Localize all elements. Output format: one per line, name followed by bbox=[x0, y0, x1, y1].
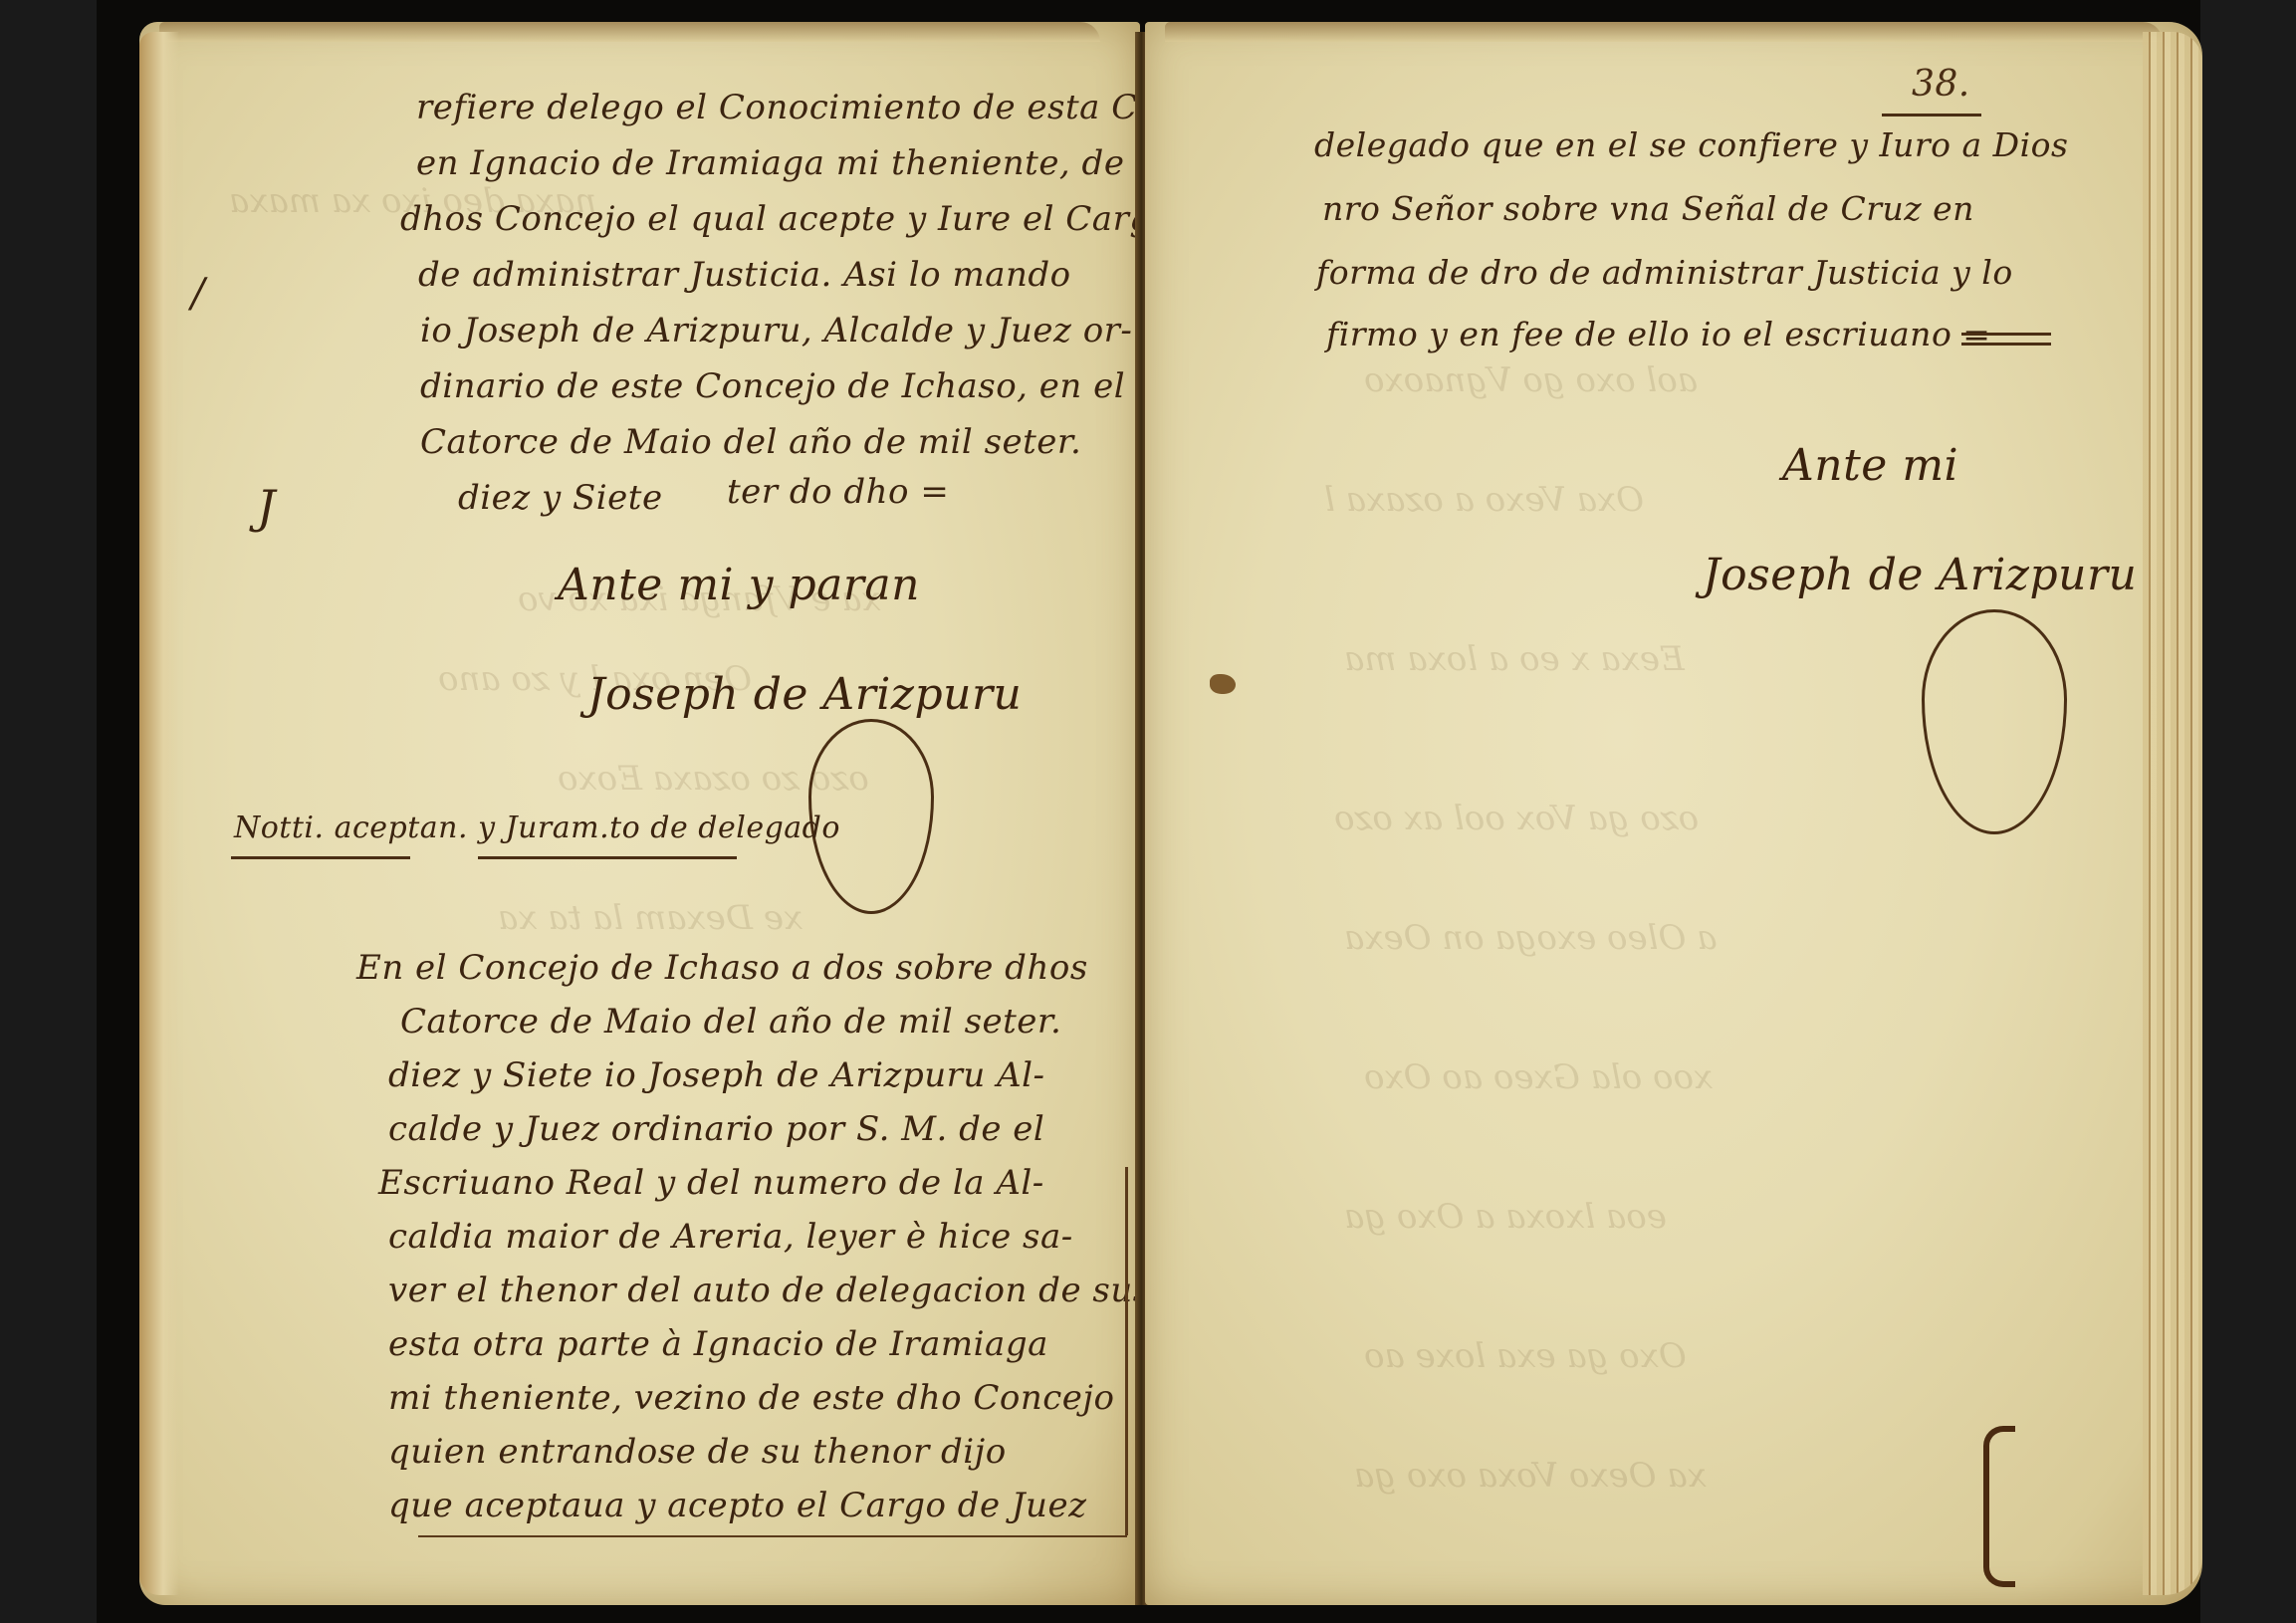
bleed-through-text: ozo ga Vox ool ax ozo bbox=[1334, 799, 1699, 838]
text-line: Catorce de Maio del año de mil seter. bbox=[400, 1002, 1061, 1042]
text-line: firmo y en fee de ello io el escriuano = bbox=[1326, 315, 1990, 353]
right-page: aol oxo go Vgnaoxo Oxa Vexo a ozaxa l Ee… bbox=[1145, 22, 2202, 1605]
page-top-edge bbox=[1165, 22, 2163, 42]
text-line: que aceptaua y acepto el Cargo de Juez bbox=[388, 1486, 1087, 1525]
signature-joseph: Joseph de Arizpuru bbox=[1703, 550, 2137, 600]
signature-rubric-flourish bbox=[1922, 609, 2067, 834]
text-line: ver el thenor del auto de delegacion de … bbox=[388, 1271, 1172, 1310]
text-line: diez y Siete io Joseph de Arizpuru Al- bbox=[388, 1055, 1045, 1095]
text-line: io Joseph de Arizpuru, Alcalde y Juez or… bbox=[420, 311, 1132, 350]
folio-number: 38. bbox=[1912, 64, 1970, 105]
text-line: quien entrandose de su thenor dijo bbox=[388, 1432, 1007, 1472]
text-line: dhos Concejo el qual acepte y Iure el Ca… bbox=[400, 199, 1173, 239]
heading-underline bbox=[231, 856, 410, 859]
text-line: nro Señor sobre vna Señal de Cruz en bbox=[1322, 189, 1974, 228]
left-page-edge bbox=[139, 32, 179, 1595]
right-background-panel bbox=[2200, 0, 2296, 1623]
bleed-through-text: xe Dexam la ta xa bbox=[498, 898, 803, 938]
bleed-through-text: eoa lxoxa a Oxo ga bbox=[1344, 1197, 1667, 1237]
text-line: Escriuano Real y del numero de la Al- bbox=[378, 1163, 1044, 1203]
bleed-through-text: xa Oexo Voxa oxo ga bbox=[1354, 1456, 1707, 1496]
text-line: en Ignacio de Iramiaga mi theniente, de … bbox=[416, 143, 1209, 183]
paragraph-frame-line bbox=[1125, 1167, 1128, 1535]
bleed-through-text: a Oleo exoga on Oexa bbox=[1344, 918, 1717, 958]
text-line: forma de dro de administrar Justicia y l… bbox=[1316, 253, 2013, 292]
manuscript-spread: naxa deo ixo xa maxa xa e Vfanga ixa xo … bbox=[139, 22, 2202, 1605]
bleed-through-text: Oxa Vexo a ozaxa l bbox=[1324, 480, 1644, 520]
closing-bracket bbox=[1983, 1426, 2015, 1587]
line-filler-rule bbox=[1961, 343, 2051, 346]
left-background-panel bbox=[0, 0, 97, 1623]
marginal-heading: Notti. aceptan. y Juram.to de delegado bbox=[234, 811, 840, 845]
ink-stain bbox=[1210, 674, 1236, 694]
right-page-edge bbox=[2143, 32, 2202, 1595]
left-page: naxa deo ixo xa maxa xa e Vfanga ixa xo … bbox=[139, 22, 1140, 1605]
text-line: ter do dho = bbox=[727, 472, 949, 512]
signature-joseph: Joseph de Arizpuru bbox=[587, 669, 1022, 720]
text-line: calde y Juez ordinario por S. M. de el bbox=[388, 1109, 1044, 1149]
bleed-through-text: xoo ola Gxeo ao Oxo bbox=[1364, 1057, 1713, 1097]
closing-rule bbox=[418, 1535, 1127, 1537]
text-line: En el Concejo de Ichaso a dos sobre dhos bbox=[356, 948, 1088, 988]
heading-underline bbox=[478, 856, 737, 859]
bleed-through-text: Oxo ga exa loxe ao bbox=[1364, 1336, 1687, 1376]
bleed-through-text: Eexa x eo a loxa ma bbox=[1344, 639, 1685, 679]
text-line: delegado que en el se confiere y Iuro a … bbox=[1314, 125, 2068, 164]
folio-underline bbox=[1882, 114, 1981, 116]
text-line: caldia maior de Areria, leyer è hice sa- bbox=[388, 1217, 1073, 1257]
signature-ante-mi: Ante mi bbox=[1782, 440, 1958, 491]
text-line: de administrar Justicia. Asi lo mando bbox=[418, 255, 1071, 295]
text-line: diez y Siete bbox=[458, 478, 663, 518]
text-line: refiere delego el Conocimiento de esta C… bbox=[416, 88, 1220, 127]
signature-ante-mi: Ante mi y paran bbox=[558, 560, 920, 610]
margin-mark: J bbox=[257, 480, 276, 534]
text-line: esta otra parte à Ignacio de Iramiaga bbox=[388, 1324, 1048, 1364]
page-top-edge bbox=[159, 22, 1100, 42]
text-line: mi theniente, vezino de este dho Concejo bbox=[388, 1378, 1114, 1418]
bleed-through-text: aol oxo go Vgnaoxo bbox=[1364, 360, 1698, 400]
margin-mark: / bbox=[191, 271, 205, 317]
line-filler-rule bbox=[1961, 333, 2051, 336]
text-line: dinario de este Concejo de Ichaso, en el… bbox=[420, 366, 1157, 406]
text-line: Catorce de Maio del año de mil seter. bbox=[420, 422, 1081, 462]
